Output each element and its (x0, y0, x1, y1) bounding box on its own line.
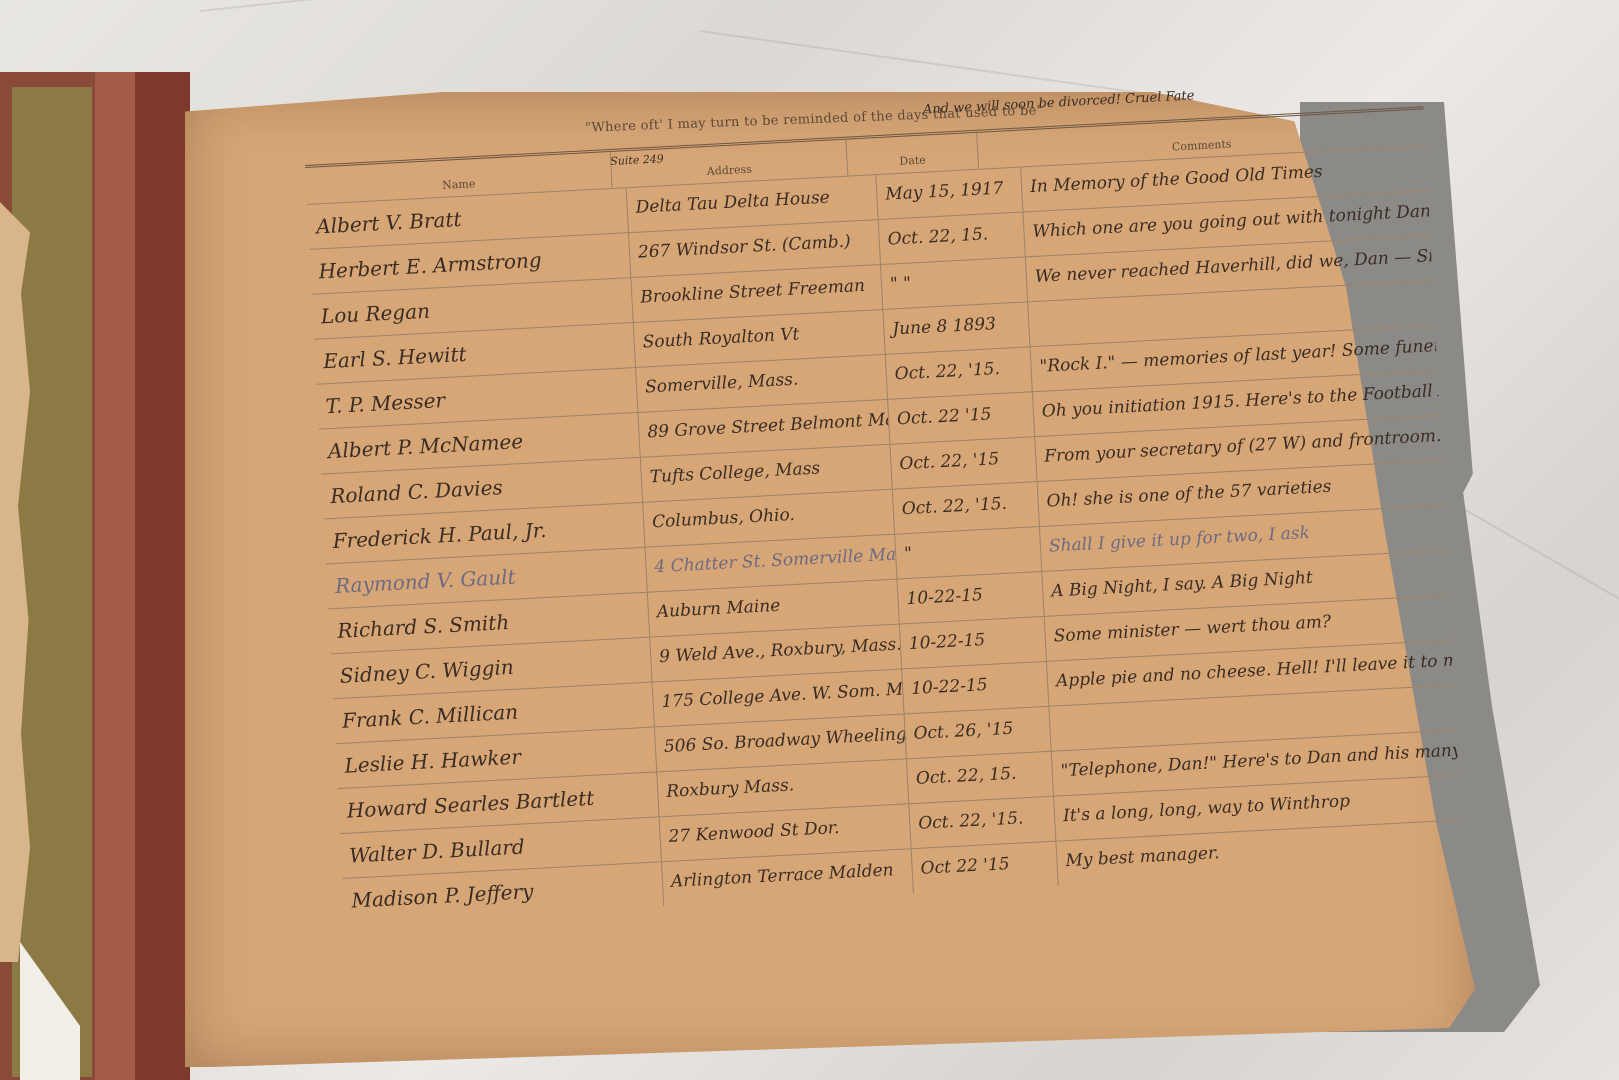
entry-date: 10-22-15 (899, 617, 1046, 669)
entry-date: Oct. 22, 15. (906, 752, 1053, 804)
marble-vein (200, 0, 499, 12)
entry-date: 10-22-15 (901, 662, 1048, 714)
entry-date: " (894, 527, 1041, 579)
entry-date: Oct 22 '15 (911, 842, 1058, 894)
entry-date: Oct. 22 '15 (887, 392, 1034, 444)
column-header-date: Date (845, 133, 978, 176)
entry-date: Oct. 22, '15. (892, 482, 1039, 534)
register-table: And we will soon be divorced! Cruel Fate… (305, 106, 1463, 923)
entry-date: Oct. 22, 15. (878, 213, 1025, 265)
entry-date: June 8 1893 (882, 302, 1029, 354)
entry-date: Oct. 26, '15 (904, 707, 1051, 759)
book-hinge (135, 72, 190, 1080)
entry-date: Oct. 22, '15. (885, 347, 1032, 399)
entry-date: " " (880, 257, 1027, 309)
entry-date: May 15, 1917 (875, 168, 1022, 220)
book-spine (95, 72, 135, 1080)
entry-date: 10-22-15 (897, 572, 1044, 624)
entry-date: Oct. 22, '15 (889, 437, 1036, 489)
entry-date: Oct. 22, '15. (908, 797, 1055, 849)
